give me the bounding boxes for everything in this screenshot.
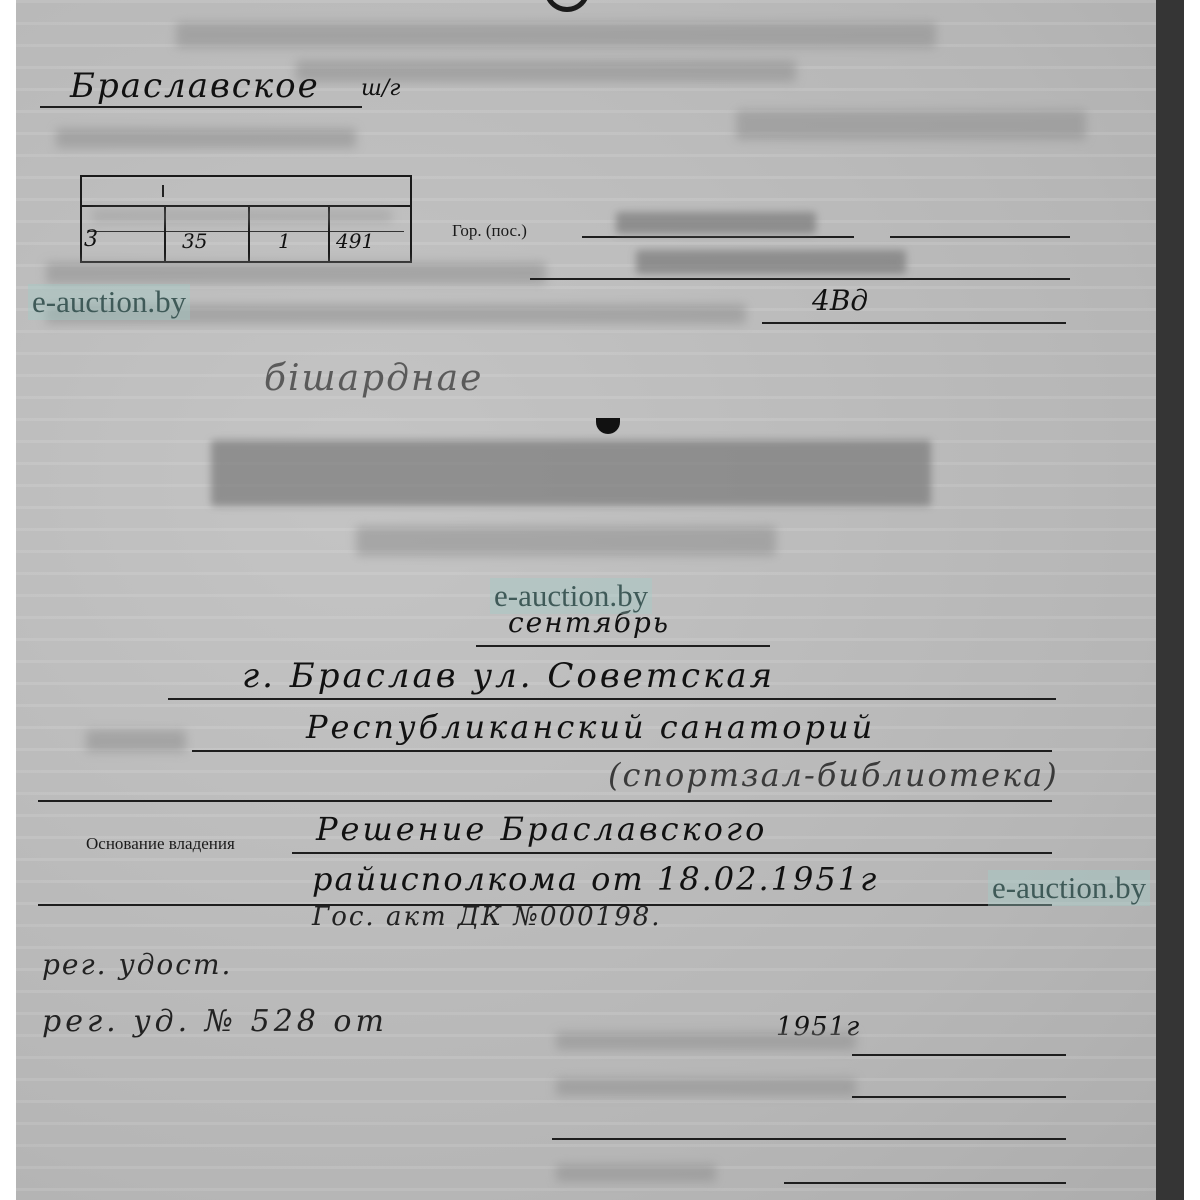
redacted-owner-label: [86, 730, 186, 752]
redacted-lower-field-2: [556, 1078, 856, 1096]
scanner-edge: [1156, 0, 1184, 1200]
owner-note: (спортзал-библиотека): [608, 756, 1059, 794]
owner-name: Республиканский санаторий: [306, 708, 875, 746]
basis-underline-1: [292, 852, 1052, 854]
redacted-city-name: [616, 212, 816, 234]
redacted-document-title: [211, 440, 931, 506]
lower-field-line-3: [552, 1138, 1066, 1140]
address-underline: [168, 698, 1056, 700]
registration-number: рег. уд. № 528 от: [42, 1004, 388, 1039]
address-line: г. Браслав ул. Советская: [242, 656, 775, 696]
code-cell-2: 35: [182, 229, 207, 253]
redacted-header-line-1: [176, 22, 936, 48]
city-label: Гор. (пос.): [452, 221, 527, 241]
house-number: 4Вд: [812, 284, 868, 317]
city-field-line: [582, 236, 854, 238]
district-suffix: ш/г: [361, 76, 400, 101]
redacted-street-label: [46, 262, 546, 284]
lower-field-line-4: [784, 1182, 1066, 1184]
watermark-left: e-auction.by: [28, 284, 190, 320]
scanned-document-page: Браславское ш/г 3 35 1 491 Гор. (пос.) 4…: [16, 0, 1156, 1200]
code-table-header-mark: [162, 185, 164, 197]
lower-field-line-2: [852, 1096, 1066, 1098]
basis-line-2: райисполкома от 18.02.1951г: [312, 860, 878, 898]
code-cell-3: 1: [278, 229, 291, 253]
watermark-center: e-auction.by: [490, 578, 652, 614]
redacted-street-value: [636, 250, 906, 274]
redacted-lower-field-4: [556, 1164, 716, 1182]
house-field-line: [762, 322, 1066, 324]
owner-underline: [192, 750, 1052, 752]
redacted-header-line-3: [736, 110, 1086, 140]
district-name: Браславское: [70, 66, 320, 106]
owner-note-underline: [38, 800, 1052, 802]
redacted-subtitle: [356, 526, 776, 556]
ownership-basis-label: Основание владения: [86, 834, 235, 854]
month-underline: [476, 645, 770, 647]
city-field-line-2: [890, 236, 1070, 238]
basis-line-1: Решение Браславского: [316, 810, 767, 848]
watermark-right: e-auction.by: [988, 870, 1150, 906]
redacted-header-line-4: [56, 128, 356, 148]
title-diacritic-mark: [596, 418, 620, 434]
registration-certificate: рег. удост.: [42, 948, 232, 981]
state-emblem-icon: [544, 0, 590, 12]
code-cell-1: 3: [84, 227, 98, 252]
redacted-lower-field-1: [556, 1032, 856, 1050]
district-underline: [40, 106, 362, 108]
lower-field-line-1: [852, 1054, 1066, 1056]
code-cell-4: 491: [336, 229, 374, 253]
state-act: Гос. акт ДК №000198.: [312, 902, 662, 932]
code-table: 3 35 1 491: [80, 175, 412, 263]
street-field-line: [530, 278, 1070, 280]
pencil-note: бiшарднае: [264, 358, 483, 399]
